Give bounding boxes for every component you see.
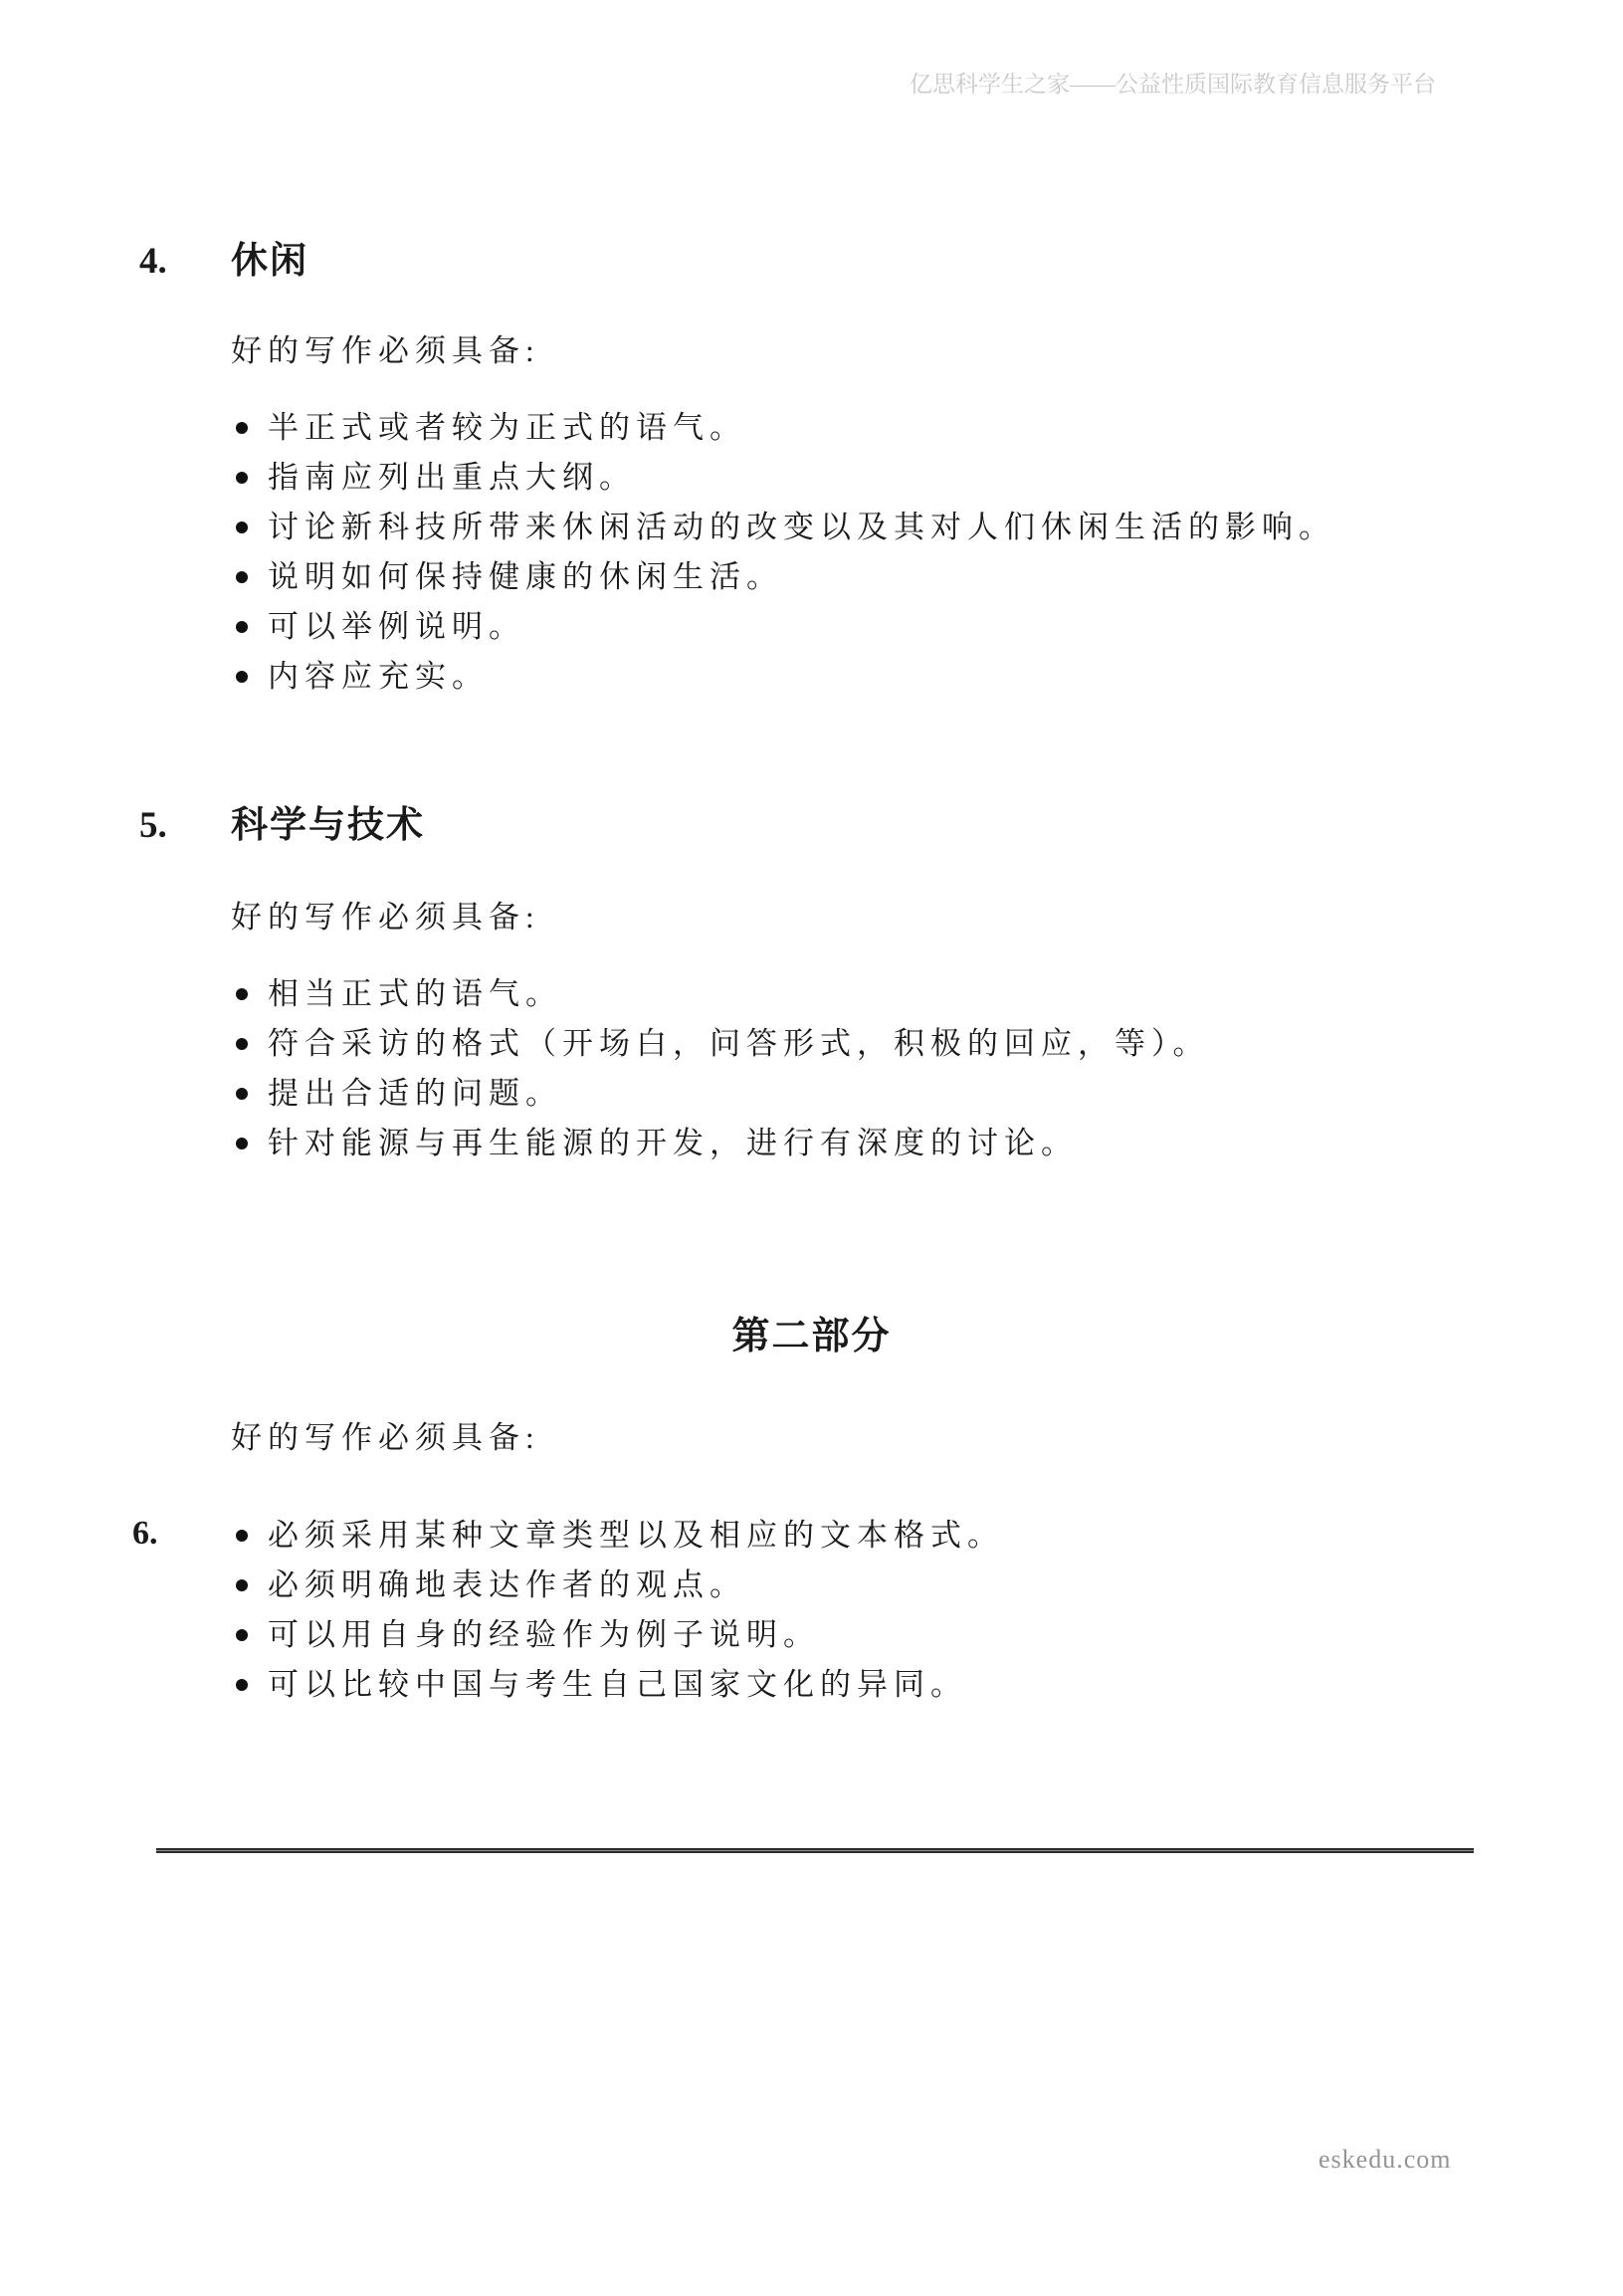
header-watermark: 亿思科学生之家——公益性质国际教育信息服务平台 bbox=[910, 73, 1436, 96]
section-4-lead: 好的写作必须具备: bbox=[231, 335, 540, 366]
bullet-item: 提出合适的问题。 bbox=[236, 1069, 1210, 1119]
bullet-item: 必须采用某种文章类型以及相应的文本格式。 bbox=[236, 1511, 1004, 1561]
bullet-item: 必须明确地表达作者的观点。 bbox=[236, 1561, 1004, 1610]
section-5-bullet-list: 相当正式的语气。 符合采访的格式（开场白，问答形式，积极的回应，等）。 提出合适… bbox=[236, 969, 1210, 1168]
bullet-item: 指南应列出重点大纲。 bbox=[236, 453, 1335, 503]
footer-site-name: eskedu.com bbox=[1319, 2147, 1451, 2173]
part2-lead: 好的写作必须具备: bbox=[231, 1422, 540, 1453]
horizontal-rule bbox=[156, 1848, 1474, 1853]
bullet-item: 相当正式的语气。 bbox=[236, 969, 1210, 1019]
section-5-lead: 好的写作必须具备: bbox=[231, 902, 540, 933]
section-5-number: 5. bbox=[139, 807, 231, 844]
bullet-item: 符合采访的格式（开场白，问答形式，积极的回应，等）。 bbox=[236, 1019, 1210, 1069]
bullet-item: 内容应充实。 bbox=[236, 652, 1335, 702]
bullet-item: 可以比较中国与考生自己国家文化的异同。 bbox=[236, 1660, 1004, 1710]
bullet-item: 针对能源与再生能源的开发，进行有深度的讨论。 bbox=[236, 1119, 1210, 1168]
part2-heading: 第二部分 bbox=[0, 1318, 1623, 1356]
section-5-title: 科学与技术 bbox=[231, 805, 425, 846]
section-4-bullet-list: 半正式或者较为正式的语气。 指南应列出重点大纲。 讨论新科技所带来休闲活动的改变… bbox=[236, 403, 1335, 702]
bullet-item: 半正式或者较为正式的语气。 bbox=[236, 403, 1335, 453]
bullet-item: 可以举例说明。 bbox=[236, 602, 1335, 652]
section-4-title: 休闲 bbox=[231, 241, 308, 282]
part2-bullet-list: 必须采用某种文章类型以及相应的文本格式。 必须明确地表达作者的观点。 可以用自身… bbox=[236, 1511, 1004, 1710]
section-4-number: 4. bbox=[139, 243, 231, 280]
bullet-item: 可以用自身的经验作为例子说明。 bbox=[236, 1610, 1004, 1660]
document-page: 亿思科学生之家——公益性质国际教育信息服务平台 4.休闲 好的写作必须具备: 半… bbox=[0, 0, 1623, 2296]
bullet-item: 说明如何保持健康的休闲生活。 bbox=[236, 552, 1335, 602]
section-4-heading: 4.休闲 bbox=[139, 243, 308, 280]
section-5-heading: 5.科学与技术 bbox=[139, 807, 425, 844]
item-6-number: 6. bbox=[132, 1517, 158, 1551]
bullet-item: 讨论新科技所带来休闲活动的改变以及其对人们休闲生活的影响。 bbox=[236, 503, 1335, 552]
